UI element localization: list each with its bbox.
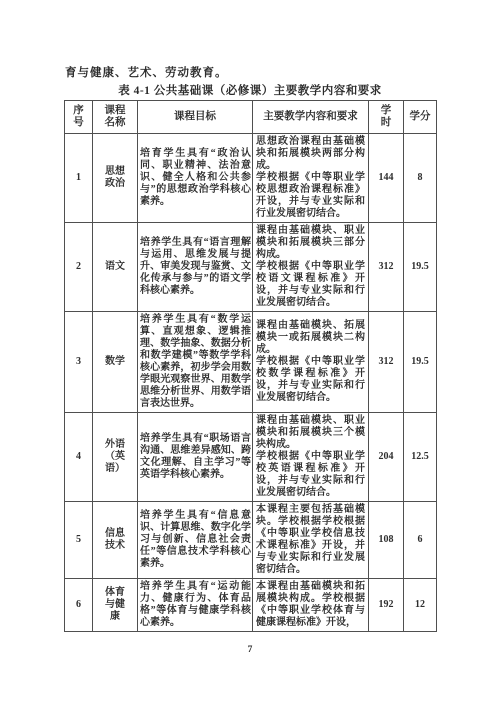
document-page: 育与健康、艺术、劳动教育。 表 4-1 公共基础课（必修课）主要教学内容和要求 … [0, 0, 500, 707]
course-name: 信息技术 [93, 502, 138, 579]
course-hours: 192 [369, 579, 404, 632]
row-no: 3 [65, 312, 93, 413]
header-content: 主要教学内容和要求 [253, 101, 369, 134]
course-objective: 培养学生具有“信息意识、计算思维、数字化学习与创新、信息社会责任”等信息技术学科… [138, 502, 253, 579]
course-credits: 12.5 [404, 413, 437, 502]
course-hours: 108 [369, 502, 404, 579]
table-row: 6 体育与健康 培养学生具有“运动能力、健康行为、体育品格”等体育与健康学科核心… [65, 579, 437, 632]
course-credits: 6 [404, 502, 437, 579]
table-caption: 表 4-1 公共基础课（必修课）主要教学内容和要求 [0, 82, 500, 98]
header-hours: 学时 [369, 101, 404, 134]
row-no: 5 [65, 502, 93, 579]
header-objective: 课程目标 [138, 101, 253, 134]
course-content: 课程由基础模块、职业模块和拓展模块三个模块构成。 学校根据《中等职业学校英语课程… [253, 413, 369, 502]
course-objective: 培育学生具有“政治认同、职业精神、法治意识、健全人格和公共参与”的思想政治学科核… [138, 134, 253, 223]
course-content: 课程由基础模块、拓展模块一或拓展模块二构成。 学校根据《中等职业学校数学课程标准… [253, 312, 369, 413]
course-objective: 培养学生具有“数学运算、直观想象、逻辑推理、数学抽象、数据分析和数学建模”等数学… [138, 312, 253, 413]
course-objective: 培养学生具有“语言理解与运用、思维发展与提升、审美发现与鉴赏、文化传承与参与”的… [138, 223, 253, 312]
table-row: 4 外语（英语） 培养学生具有“职场语言沟通、思维差异感知、跨文化理解、自主学习… [65, 413, 437, 502]
header-no: 序号 [65, 101, 93, 134]
course-content: 本课程由基础模块和拓展模块构成。学校根据《中等职业学校体育与健康课程标准》开设， [253, 579, 369, 632]
course-credits: 19.5 [404, 312, 437, 413]
row-no: 6 [65, 579, 93, 632]
table-row: 5 信息技术 培养学生具有“信息意识、计算思维、数字化学习与创新、信息社会责任”… [65, 502, 437, 579]
page-number: 7 [0, 645, 500, 655]
row-no: 4 [65, 413, 93, 502]
header-course-name: 课程名称 [93, 101, 138, 134]
row-no: 1 [65, 134, 93, 223]
header-credits: 学分 [404, 101, 437, 134]
course-credits: 19.5 [404, 223, 437, 312]
table-row: 1 思想政治 培育学生具有“政治认同、职业精神、法治意识、健全人格和公共参与”的… [65, 134, 437, 223]
courses-table: 序号 课程名称 课程目标 主要教学内容和要求 学时 学分 1 思想政治 培育学生… [64, 100, 437, 632]
course-name: 语文 [93, 223, 138, 312]
row-no: 2 [65, 223, 93, 312]
course-content: 课程由基础模块、职业模块和拓展模块三部分构成。 学校根据《中等职业学校语文课程标… [253, 223, 369, 312]
intro-paragraph: 育与健康、艺术、劳动教育。 [65, 66, 440, 81]
course-name: 体育与健康 [93, 579, 138, 632]
table-row: 3 数学 培养学生具有“数学运算、直观想象、逻辑推理、数学抽象、数据分析和数学建… [65, 312, 437, 413]
course-hours: 144 [369, 134, 404, 223]
course-objective: 培养学生具有“职场语言沟通、思维差异感知、跨文化理解、自主学习”等英语学科核心素… [138, 413, 253, 502]
course-name: 外语（英语） [93, 413, 138, 502]
course-hours: 204 [369, 413, 404, 502]
course-name: 数学 [93, 312, 138, 413]
course-credits: 8 [404, 134, 437, 223]
course-objective: 培养学生具有“运动能力、健康行为、体育品格”等体育与健康学科核心素养。 [138, 579, 253, 632]
course-hours: 312 [369, 223, 404, 312]
table-row: 2 语文 培养学生具有“语言理解与运用、思维发展与提升、审美发现与鉴赏、文化传承… [65, 223, 437, 312]
course-credits: 12 [404, 579, 437, 632]
table-header-row: 序号 课程名称 课程目标 主要教学内容和要求 学时 学分 [65, 101, 437, 134]
course-content: 本课程主要包括基础模块。学校根据学校根据《中等职业学校信息技术课程标准》开设，并… [253, 502, 369, 579]
course-hours: 312 [369, 312, 404, 413]
course-content: 思想政治课程由基础模块和拓展模块两部分构成。 学校根据《中等职业学校思想政治课程… [253, 134, 369, 223]
course-name: 思想政治 [93, 134, 138, 223]
